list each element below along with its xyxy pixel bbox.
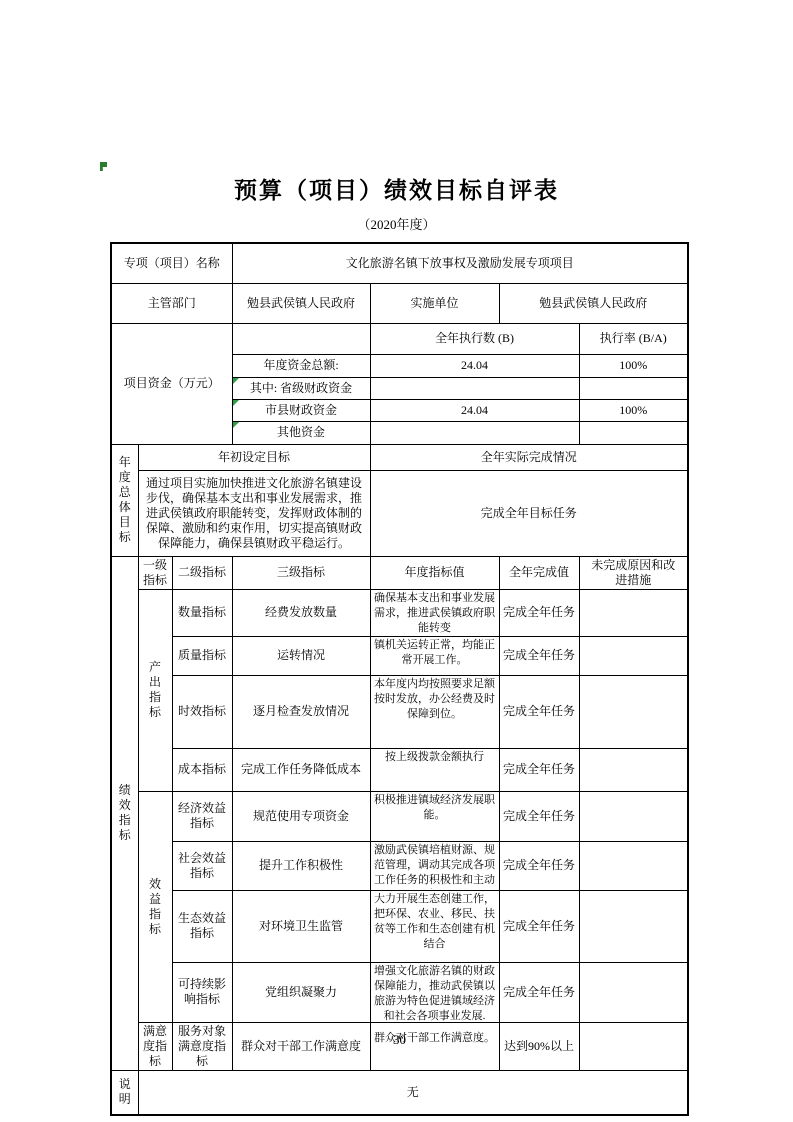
funds-header-blank [232,323,370,354]
indicator-l2: 生态效益 指标 [172,890,232,962]
project-name-value: 文化旅游名镇下放事权及激励发展专项项目 [232,243,688,283]
indicator-annual-value: 确保基本支出和事业发展需求，推进武侯镇政府职能转变 [370,589,499,636]
note-label: 说明 [111,1070,138,1115]
indicator-l2: 经济效益 指标 [172,791,232,841]
indicator-annual-value: 大力开展生态创建工作，把环保、农业、移民、扶贫等工作和生态创建有机结合 [370,890,499,962]
indicator-annual-value: 增强文化旅游名镇的财政保障能力，推动武侯镇以旅游为特色促进镇域经济和社会各项事业… [370,962,499,1022]
indicator-annual-value: 按上级拨款金额执行 [370,748,499,791]
indicator-completed: 完成全年任务 [499,841,579,890]
note-value: 无 [138,1070,688,1115]
funds-exec-value [370,421,579,444]
indicator-l3: 完成工作任务降低成本 [232,748,370,791]
impl-value: 勉县武侯镇人民政府 [499,283,688,323]
goal-set-text: 通过项目实施加快推进文化旅游名镇建设步伐，确保基本支出和事业发展需求，推进武侯镇… [138,470,370,556]
project-name-label: 专项（项目）名称 [111,243,232,283]
dept-value: 勉县武侯镇人民政府 [232,283,370,323]
header-completed: 全年完成值 [499,556,579,589]
dept-label: 主管部门 [111,283,232,323]
green-triangle-icon [233,378,239,384]
indicator-l3: 提升工作积极性 [232,841,370,890]
indicator-annual-value: 群众对干部工作满意度。 [370,1022,499,1070]
indicator-l2: 成本指标 [172,748,232,791]
indicator-reason [579,636,688,675]
page-title: 预算（项目）绩效目标自评表 [0,172,793,205]
funds-exec-header: 全年执行数 (B) [370,323,579,354]
indicator-reason [579,589,688,636]
goal-set-header: 年初设定目标 [138,444,370,470]
funds-row-label: 市县财政资金 [232,399,370,421]
indicator-reason [579,748,688,791]
goal-actual-header: 全年实际完成情况 [370,444,688,470]
indicator-reason [579,841,688,890]
funds-row-label: 其中: 省级财政资金 [232,377,370,399]
indicator-l2: 质量指标 [172,636,232,675]
funds-exec-value [370,377,579,399]
indicator-annual-value: 本年度内均按照要求足额按时发放，办公经费及时保障到位。 [370,675,499,748]
indicator-l2: 时效指标 [172,675,232,748]
goal-label: 年度 总体 目标 [111,444,138,556]
header-reason: 未完成原因和改 进措施 [579,556,688,589]
funds-row-label: 其他资金 [232,421,370,444]
indicator-annual-value: 激励武侯镇培植财源、规范管理，调动其完成各项工作任务的积极性和主动性 [370,841,499,890]
indicator-l3: 逐月检查发放情况 [232,675,370,748]
header-annual-value: 年度指标值 [370,556,499,589]
indicator-l3: 规范使用专项资金 [232,791,370,841]
funds-row-label-text: 其他资金 [277,425,325,439]
funds-rate-header: 执行率 (B/A) [579,323,688,354]
indicator-reason [579,675,688,748]
indicator-completed: 完成全年任务 [499,589,579,636]
group-label-satisfaction: 满意 度指 标 [138,1022,172,1070]
indicator-completed: 完成全年任务 [499,890,579,962]
header-l3: 三级指标 [232,556,370,589]
page-number: 30 [393,1032,406,1048]
indicator-annual-value: 镇机关运转正常，均能正常开展工作。 [370,636,499,675]
indicator-reason [579,962,688,1022]
green-triangle-icon [233,422,239,428]
header-l2: 二级指标 [172,556,232,589]
funds-rate-value [579,421,688,444]
indicator-completed: 完成全年任务 [499,962,579,1022]
indicator-l3: 党组织凝聚力 [232,962,370,1022]
indicator-completed: 完成全年任务 [499,636,579,675]
funds-row-label-text: 市县财政资金 [265,403,337,417]
goal-actual-text: 完成全年目标任务 [370,470,688,556]
funds-exec-value: 24.04 [370,354,579,377]
indicator-completed: 达到90%以上 [499,1022,579,1070]
indicator-annual-value: 积极推进镇域经济发展职能。 [370,791,499,841]
indicator-reason [579,1022,688,1070]
impl-label: 实施单位 [370,283,499,323]
indicator-l3: 经费发放数量 [232,589,370,636]
funds-rate-value: 100% [579,399,688,421]
indicator-completed: 完成全年任务 [499,748,579,791]
indicator-l2: 数量指标 [172,589,232,636]
indicator-completed: 完成全年任务 [499,791,579,841]
indicator-reason [579,890,688,962]
funds-exec-value: 24.04 [370,399,579,421]
funds-rate-value: 100% [579,354,688,377]
self-eval-table: 专项（项目）名称 文化旅游名镇下放事权及激励发展专项项目 主管部门 勉县武侯镇人… [110,242,689,1116]
indicator-l3: 群众对干部工作满意度 [232,1022,370,1070]
funds-row-label-text: 其中: 省级财政资金 [250,381,352,395]
page-subtitle: （2020年度） [0,214,793,233]
indicator-l2: 服务对象 满意度指 标 [172,1022,232,1070]
indicator-l2: 社会效益 指标 [172,841,232,890]
header-l1: 一级 指标 [138,556,172,589]
group-label-benefit: 效 益 指 标 [138,791,172,1022]
indicator-l3: 运转情况 [232,636,370,675]
indicator-completed: 完成全年任务 [499,675,579,748]
indicator-l3: 对环境卫生监管 [232,890,370,962]
group-label-output: 产 出 指 标 [138,589,172,791]
comment-flag-icon [100,162,107,171]
green-triangle-icon [233,400,239,406]
indicator-l2: 可持续影 响指标 [172,962,232,1022]
funds-label: 项目资金（万元） [111,323,232,444]
indicator-reason [579,791,688,841]
funds-rate-value [579,377,688,399]
funds-row-label: 年度资金总额: [232,354,370,377]
perf-indicators-label: 绩 效 指 标 [111,556,138,1070]
